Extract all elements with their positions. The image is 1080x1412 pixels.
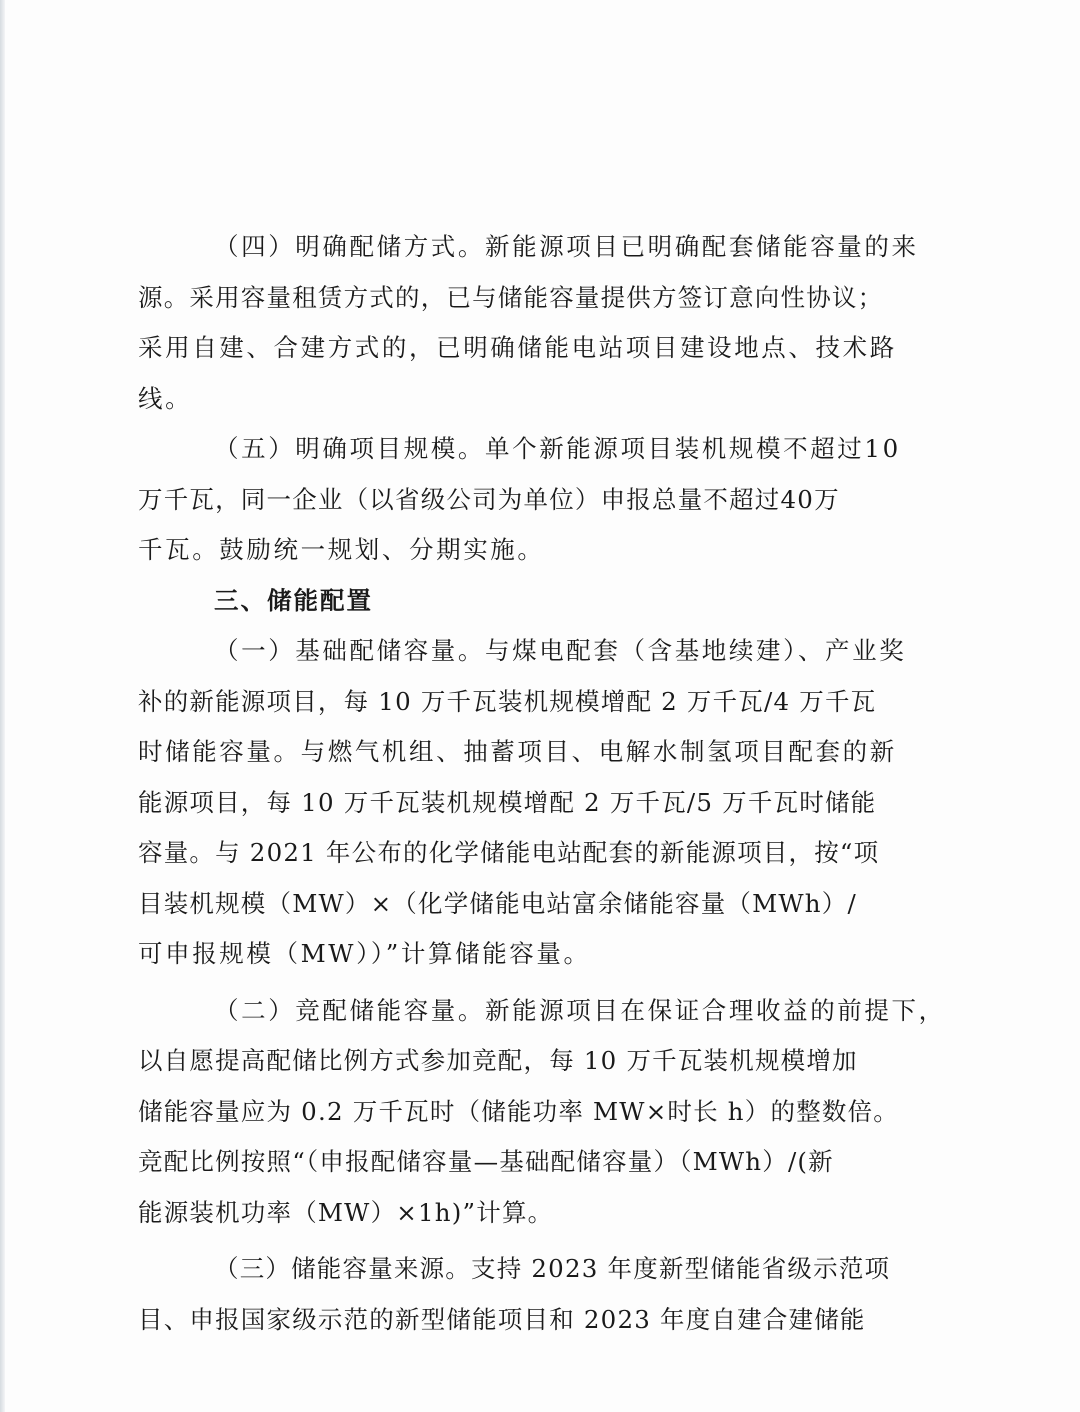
paragraph-basic-storage-capacity: （一）基础配储容量。与煤电配套（含基地续建）、产业奖 补的新能源项目，每 10 …	[138, 626, 953, 980]
paragraph-competitive-storage-capacity: （二）竞配储能容量。新能源项目在保证合理收益的前提下， 以自愿提高配储比例方式参…	[138, 986, 953, 1239]
text-line: 采用自建、合建方式的，已明确储能电站项目建设地点、技术路	[138, 323, 953, 374]
paragraph-item-4: （四）明确配储方式。新能源项目已明确配套储能容量的来 源。采用容量租赁方式的，已…	[138, 222, 953, 424]
text-line: 能源装机功率（MW）×1h)”计算。	[138, 1188, 953, 1239]
scan-edge	[0, 0, 5, 1412]
text-line: 目装机规模（MW）×（化学储能电站富余储能容量（MWh）/	[138, 879, 953, 930]
text-line: 竞配比例按照“（申报配储容量—基础配储容量）（MWh）/(新	[138, 1137, 953, 1188]
text-line: 储能容量应为 0.2 万千瓦时（储能功率 MW×时长 h）的整数倍。	[138, 1087, 953, 1138]
text-line: （四）明确配储方式。新能源项目已明确配套储能容量的来	[138, 222, 953, 273]
text-line: 时储能容量。与燃气机组、抽蓄项目、电解水制氢项目配套的新	[138, 727, 953, 778]
text-line: 源。采用容量租赁方式的，已与储能容量提供方签订意向性协议；	[138, 273, 953, 324]
section-heading: 三、储能配置	[138, 576, 953, 627]
text-line: 千瓦。鼓励统一规划、分期实施。	[138, 525, 953, 576]
document-page: （四）明确配储方式。新能源项目已明确配套储能容量的来 源。采用容量租赁方式的，已…	[138, 222, 953, 1345]
text-line: （五）明确项目规模。单个新能源项目装机规模不超过10	[138, 424, 953, 475]
text-line: 能源项目，每 10 万千瓦装机规模增配 2 万千瓦/5 万千瓦时储能	[138, 778, 953, 829]
text-line: （三）储能容量来源。支持 2023 年度新型储能省级示范项	[138, 1244, 953, 1295]
text-line: 万千瓦，同一企业（以省级公司为单位）申报总量不超过40万	[138, 475, 953, 526]
text-line: 目、申报国家级示范的新型储能项目和 2023 年度自建合建储能	[138, 1295, 953, 1346]
text-line: （一）基础配储容量。与煤电配套（含基地续建）、产业奖	[138, 626, 953, 677]
paragraph-storage-capacity-source: （三）储能容量来源。支持 2023 年度新型储能省级示范项 目、申报国家级示范的…	[138, 1244, 953, 1345]
text-line: 线。	[138, 374, 953, 425]
text-line: 以自愿提高配储比例方式参加竞配，每 10 万千瓦装机规模增加	[138, 1036, 953, 1087]
text-line: （二）竞配储能容量。新能源项目在保证合理收益的前提下，	[138, 986, 953, 1037]
text-line: 补的新能源项目，每 10 万千瓦装机规模增配 2 万千瓦/4 万千瓦	[138, 677, 953, 728]
text-line: 容量。与 2021 年公布的化学储能电站配套的新能源项目，按“项	[138, 828, 953, 879]
paragraph-item-5: （五）明确项目规模。单个新能源项目装机规模不超过10 万千瓦，同一企业（以省级公…	[138, 424, 953, 576]
text-line: 可申报规模（MW））”计算储能容量。	[138, 929, 953, 980]
